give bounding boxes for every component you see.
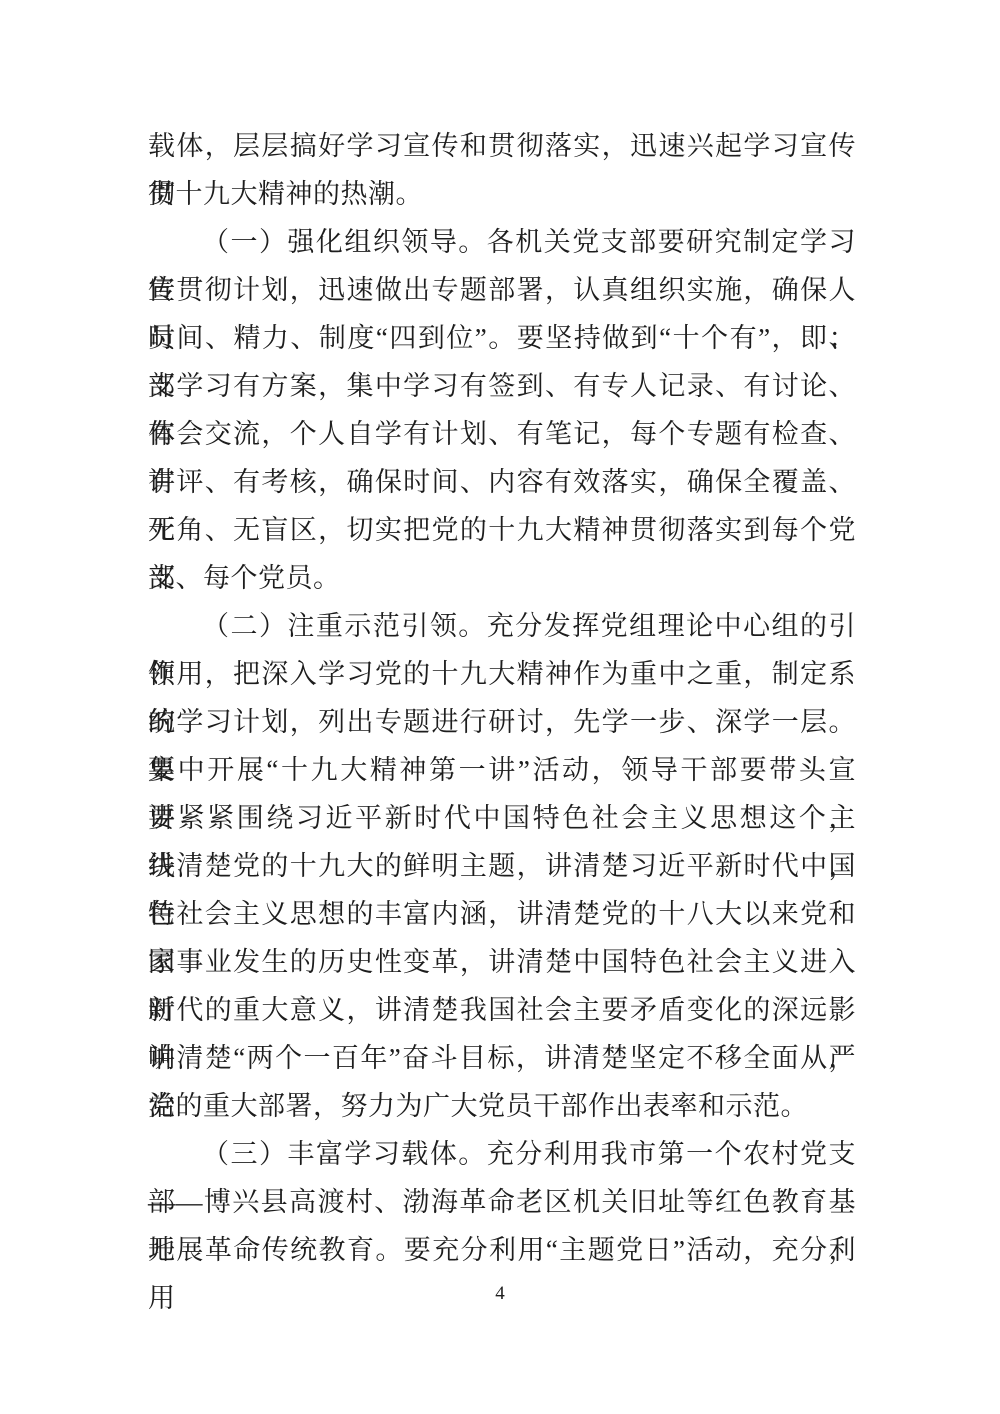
text-line: 开展革命传统教育。要充分利用“主题党日”活动，充分利用: [148, 1226, 856, 1274]
text-line: 的学习计划，列出专题进行研讨，先学一步、深学一层。要: [148, 698, 856, 746]
text-line: 时代的重大意义，讲清楚我国社会主要矛盾变化的深远影响，: [148, 986, 856, 1034]
text-line: 家事业发生的历史性变革，讲清楚中国特色社会主义进入新: [148, 938, 856, 986]
document-body: 载体，层层搞好学习宣传和贯彻落实，迅速兴起学习宣传贯彻十九大精神的热潮。（一）强…: [148, 122, 856, 1274]
text-line: （一）强化组织领导。各机关党支部要研究制定学习宣: [148, 218, 856, 266]
text-line: 要紧紧围绕习近平新时代中国特色社会主义思想这个主线，: [148, 794, 856, 842]
text-line: 传贯彻计划，迅速做出专题部署，认真组织实施，确保人员、: [148, 266, 856, 314]
text-line: ——博兴县高渡村、渤海革命老区机关旧址等红色教育基地，: [148, 1178, 856, 1226]
text-line: 死角、无盲区，切实把党的十九大精神贯彻落实到每个党支: [148, 506, 856, 554]
text-line: 体会交流，个人自学有计划、有笔记，每个专题有检查、有: [148, 410, 856, 458]
text-line: 部学习有方案，集中学习有签到、有专人记录、有讨论、有: [148, 362, 856, 410]
text-line: （二）注重示范引领。充分发挥党组理论中心组的引领: [148, 602, 856, 650]
text-line: 党的重大部署，努力为广大党员干部作出表率和示范。: [148, 1082, 856, 1130]
page-number: 4: [495, 1283, 505, 1304]
text-line: 彻十九大精神的热潮。: [148, 170, 856, 218]
text-line: 部、每个党员。: [148, 554, 856, 602]
text-line: （三）丰富学习载体。充分利用我市第一个农村党支部: [148, 1130, 856, 1178]
text-line: 讲清楚“两个一百年”奋斗目标，讲清楚坚定不移全面从严治: [148, 1034, 856, 1082]
text-line: 色社会主义思想的丰富内涵，讲清楚党的十八大以来党和国: [148, 890, 856, 938]
text-line: 讲清楚党的十九大的鲜明主题，讲清楚习近平新时代中国特: [148, 842, 856, 890]
text-line: 讲评、有考核，确保时间、内容有效落实，确保全覆盖、无: [148, 458, 856, 506]
document-page: 载体，层层搞好学习宣传和贯彻落实，迅速兴起学习宣传贯彻十九大精神的热潮。（一）强…: [0, 0, 1000, 1414]
page-footer: 4: [0, 1283, 1000, 1305]
text-line: 载体，层层搞好学习宣传和贯彻落实，迅速兴起学习宣传贯: [148, 122, 856, 170]
text-line: 作用，把深入学习党的十九大精神作为重中之重，制定系统: [148, 650, 856, 698]
text-line: 集中开展“十九大精神第一讲”活动，领导干部要带头宣讲，: [148, 746, 856, 794]
text-line: 时间、精力、制度“四到位”。要坚持做到“十个有”，即：支: [148, 314, 856, 362]
